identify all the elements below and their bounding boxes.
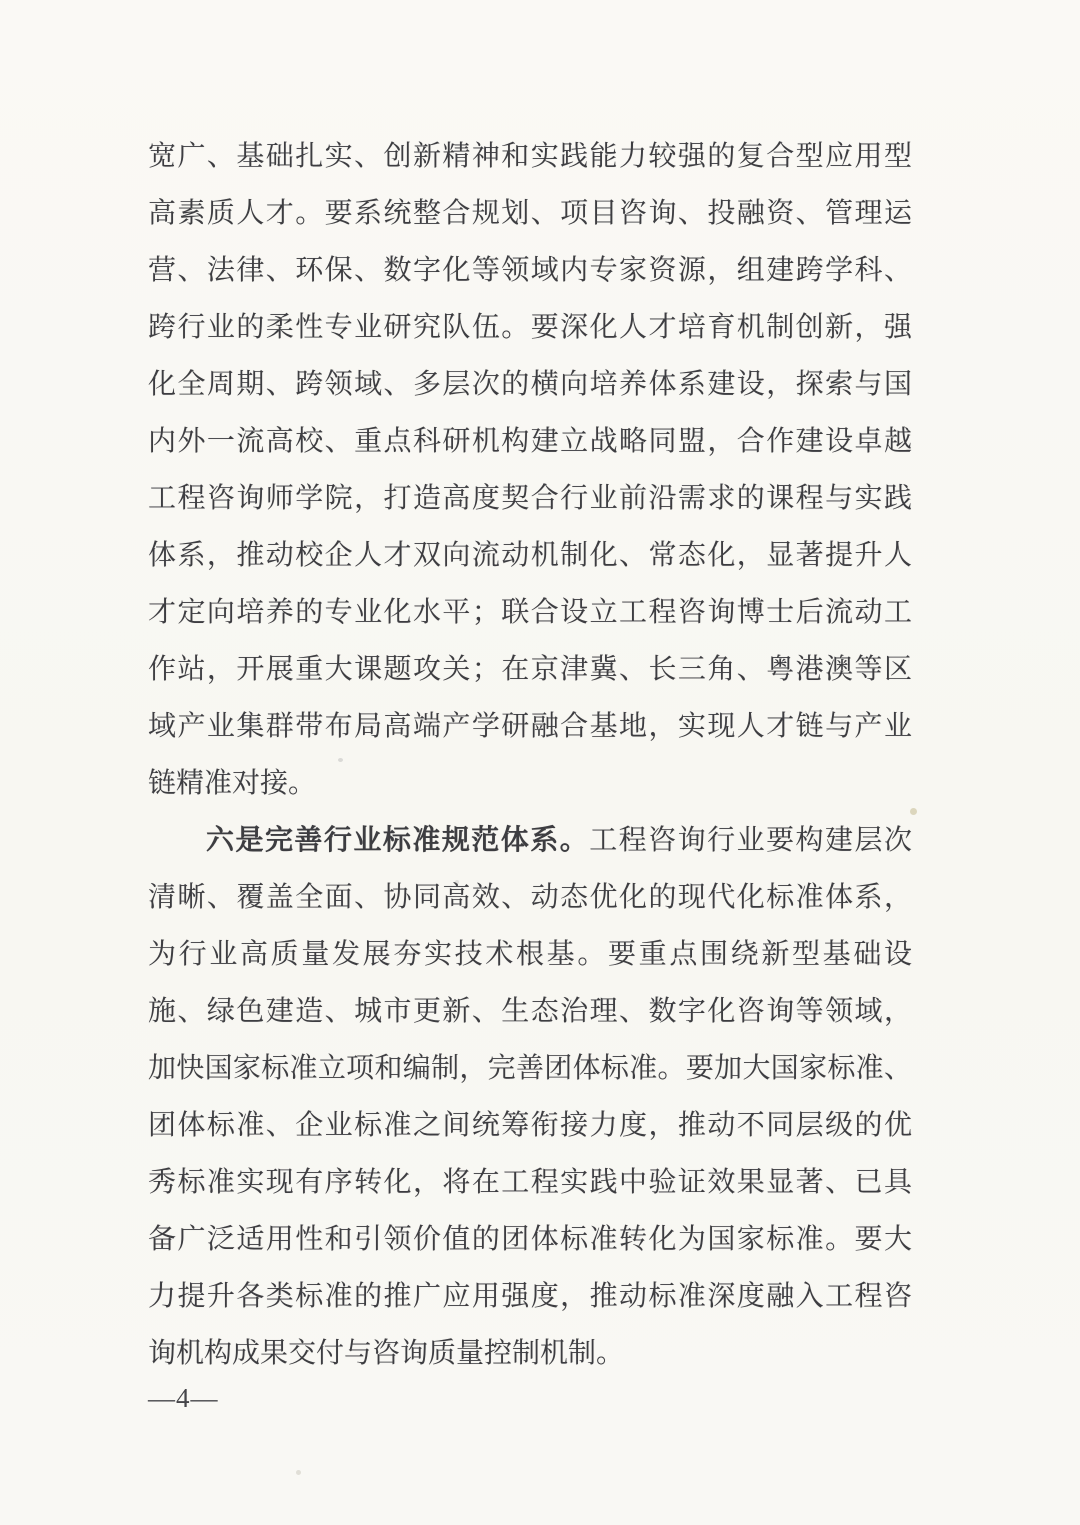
paragraph-end-line: 询机构成果交付与咨询质量控制机制。 bbox=[148, 1325, 912, 1382]
text-line: 工程咨询师学院，打造高度契合行业前沿需求的课程与实践 bbox=[148, 470, 912, 527]
line-text: 工程咨询行业要构建层次 bbox=[589, 825, 912, 856]
page-number: —4— bbox=[148, 1378, 219, 1418]
text-line: 团体标准、企业标准之间统筹衔接力度，推动不同层级的优 bbox=[148, 1097, 912, 1154]
text-line: 高素质人才。要系统整合规划、项目咨询、投融资、管理运 bbox=[148, 185, 912, 242]
document-page: 宽广、基础扎实、创新精神和实践能力较强的复合型应用型 高素质人才。要系统整合规划… bbox=[0, 0, 1080, 1525]
text-line: 力提升各类标准的推广应用强度，推动标准深度融入工程咨 bbox=[148, 1268, 912, 1325]
text-line: 域产业集群带布局高端产学研融合基地，实现人才链与产业 bbox=[148, 698, 912, 755]
text-line: 化全周期、跨领域、多层次的横向培养体系建设，探索与国 bbox=[148, 356, 912, 413]
text-line: 内外一流高校、重点科研机构建立战略同盟，合作建设卓越 bbox=[148, 413, 912, 470]
scan-speck bbox=[296, 1470, 301, 1475]
text-line: 秀标准实现有序转化，将在工程实践中验证效果显著、已具 bbox=[148, 1154, 912, 1211]
scan-speck bbox=[455, 880, 459, 884]
section-heading-bold: 六是完善行业标准规范体系。 bbox=[206, 825, 589, 856]
text-line: 体系，推动校企人才双向流动机制化、常态化，显著提升人 bbox=[148, 527, 912, 584]
text-line: 备广泛适用性和引领价值的团体标准转化为国家标准。要大 bbox=[148, 1211, 912, 1268]
text-line: 加快国家标准立项和编制，完善团体标准。要加大国家标准、 bbox=[148, 1040, 912, 1097]
text-line: 跨行业的柔性专业研究队伍。要深化人才培育机制创新，强 bbox=[148, 299, 912, 356]
text-line: 清晰、覆盖全面、协同高效、动态优化的现代化标准体系， bbox=[148, 869, 912, 926]
paragraph-end-line: 链精准对接。 bbox=[148, 755, 912, 812]
text-line: 宽广、基础扎实、创新精神和实践能力较强的复合型应用型 bbox=[148, 128, 912, 185]
text-line: 才定向培养的专业化水平；联合设立工程咨询博士后流动工 bbox=[148, 584, 912, 641]
body-text: 宽广、基础扎实、创新精神和实践能力较强的复合型应用型 高素质人才。要系统整合规划… bbox=[148, 128, 912, 1382]
scan-speck bbox=[910, 808, 917, 815]
text-line: 作站，开展重大课题攻关；在京津冀、长三角、粤港澳等区 bbox=[148, 641, 912, 698]
text-line: 为行业高质量发展夯实技术根基。要重点围绕新型基础设 bbox=[148, 926, 912, 983]
text-line: 施、绿色建造、城市更新、生态治理、数字化咨询等领域， bbox=[148, 983, 912, 1040]
text-line: 营、法律、环保、数字化等领域内专家资源，组建跨学科、 bbox=[148, 242, 912, 299]
section-heading-line: 六是完善行业标准规范体系。工程咨询行业要构建层次 bbox=[148, 812, 912, 869]
scan-speck bbox=[338, 758, 343, 762]
